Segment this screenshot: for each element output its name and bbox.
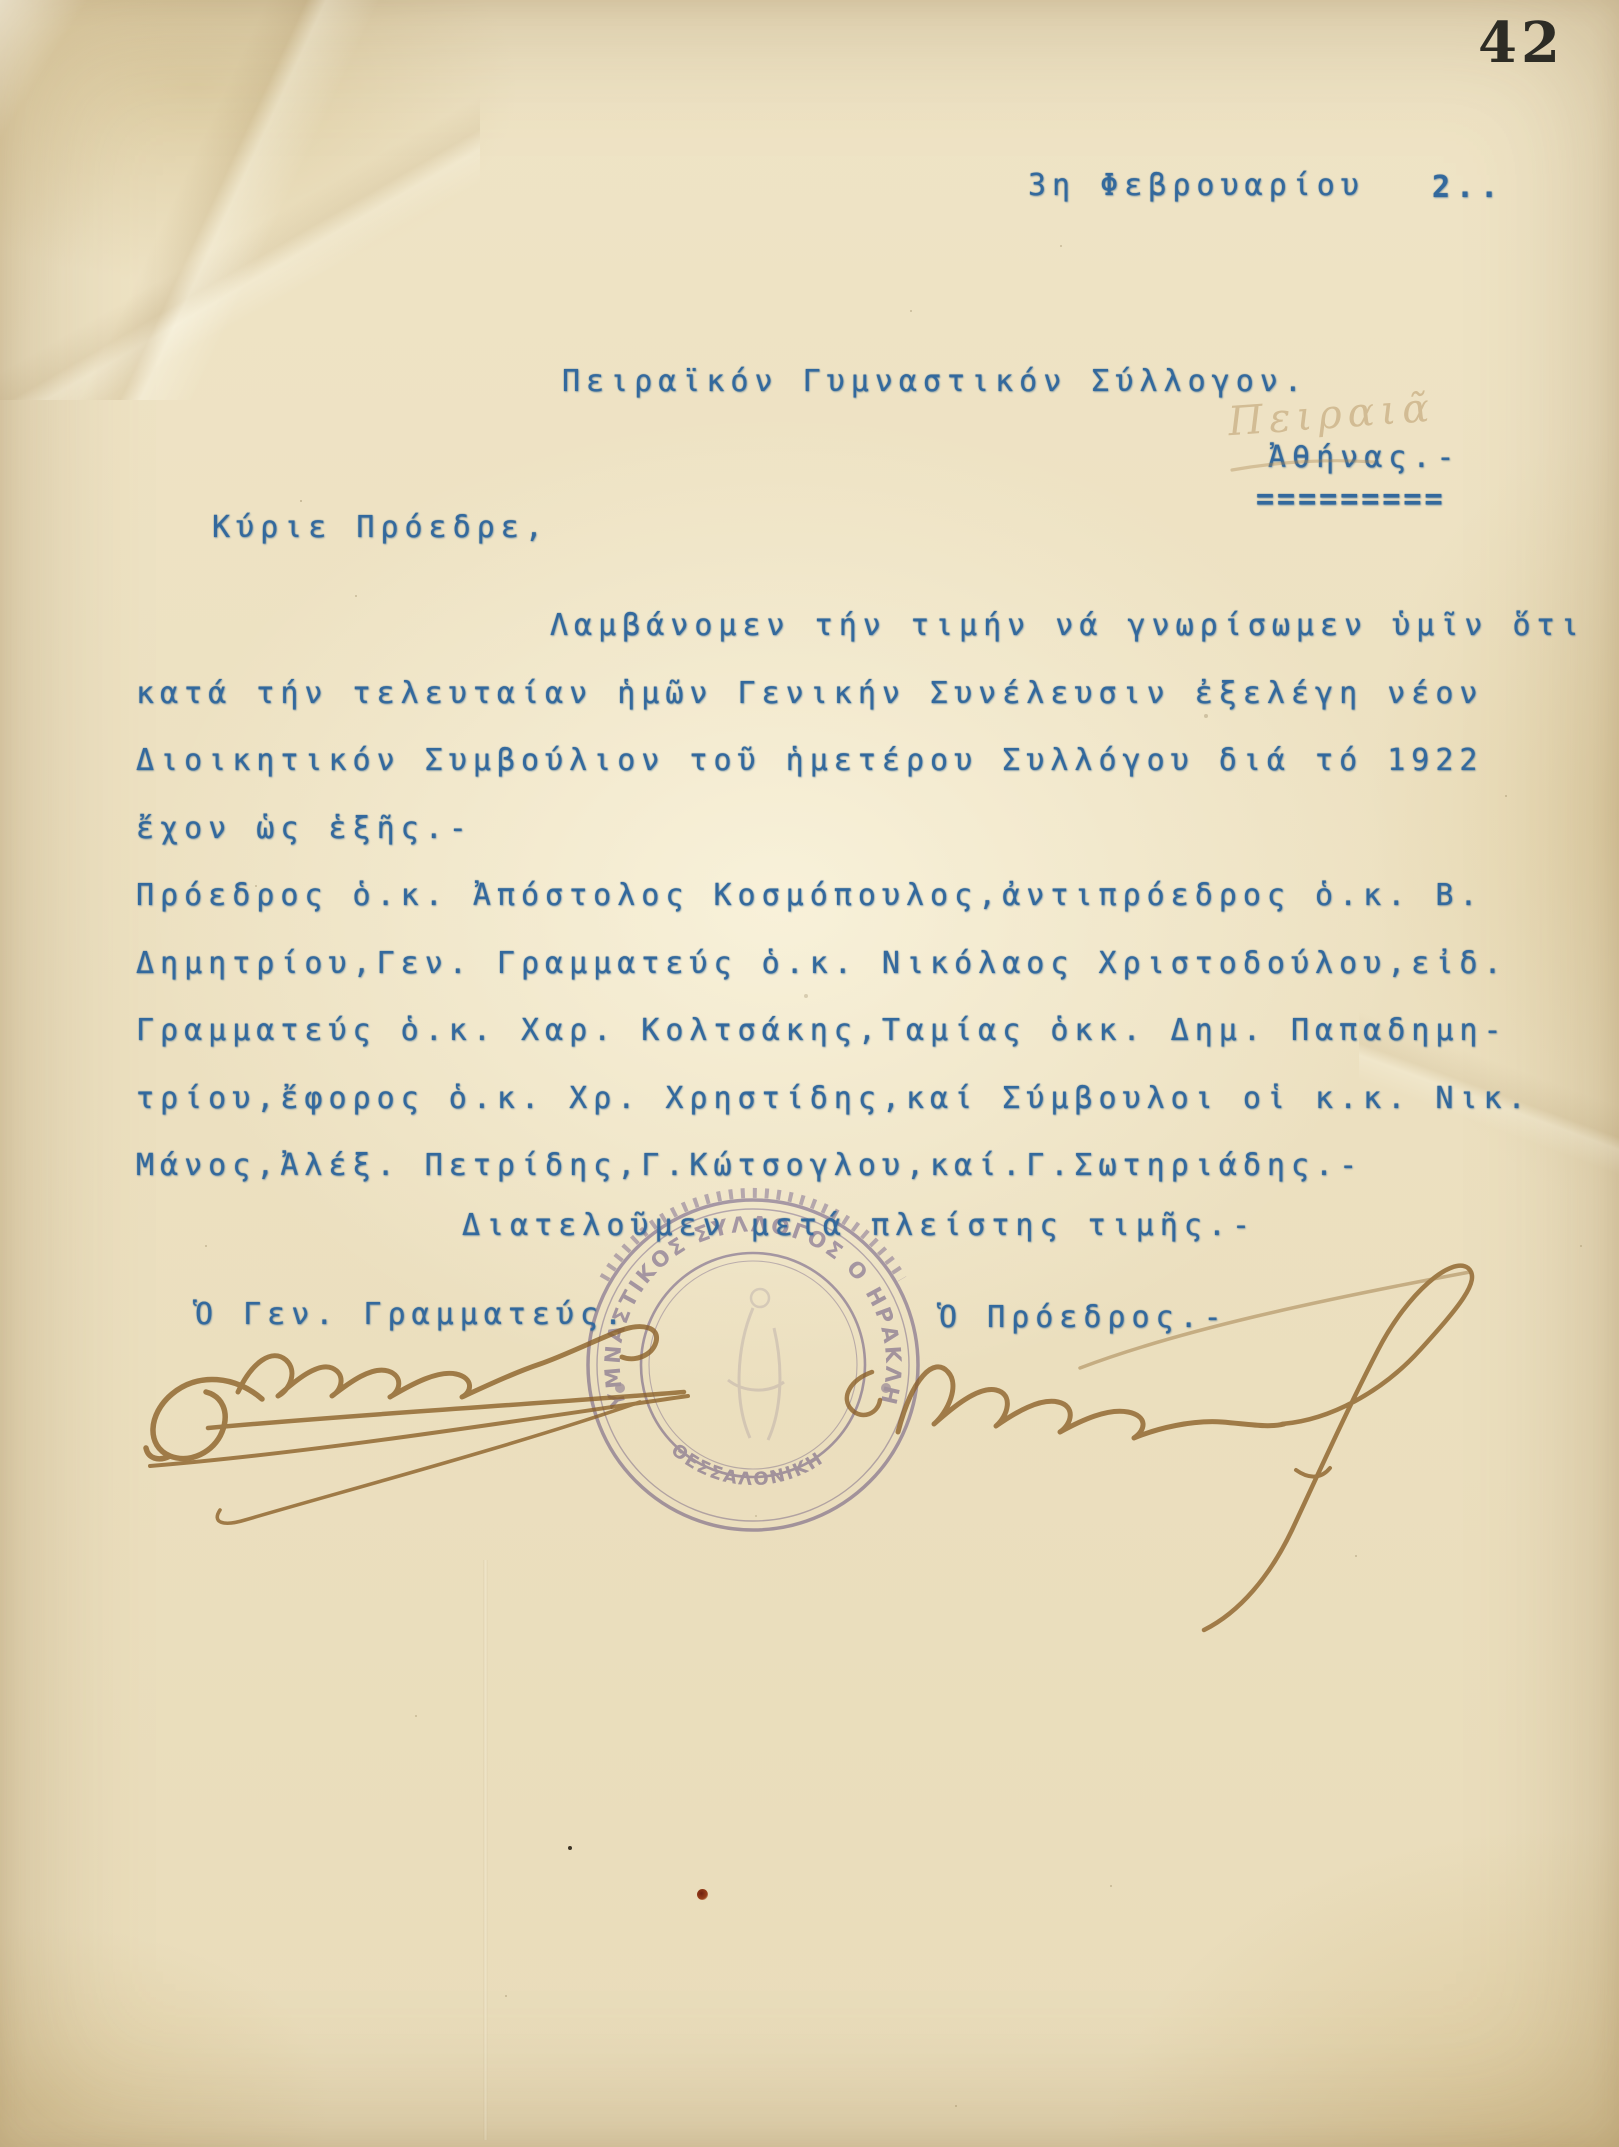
body-line: ἔχον ὡς ἑξῆς.- xyxy=(136,795,1566,863)
stamp-inner-figure xyxy=(728,1289,784,1440)
secretary-title: Ὁ Γεν. Γραμματεύς. xyxy=(195,1297,628,1332)
city-underline: ========= xyxy=(1256,482,1446,517)
city-line: Ἀθήνας.- xyxy=(1268,440,1461,475)
body-line: Λαμβάνομεν τήν τιμήν νά γνωρίσωμεν ὑμῖν … xyxy=(136,592,1566,660)
body-line: κατά τήν τελευταίαν ἡμῶν Γενικήν Συνέλευ… xyxy=(136,660,1566,728)
body-line: Πρόεδρος ὁ.κ. Ἀπόστολος Κοσμόπουλος,ἀντι… xyxy=(136,862,1566,930)
scanned-letter-page: 42 3η Φεβρουαρίου 2.. Πειραϊκόν Γυμναστι… xyxy=(0,0,1619,2147)
closing-line: Διατελοῦμεν μετά πλείστης τιμῆς.- xyxy=(462,1208,1256,1243)
letter-body: Λαμβάνομεν τήν τιμήν νά γνωρίσωμεν ὑμῖν … xyxy=(136,592,1566,1200)
paper-crease-top-left xyxy=(0,0,480,400)
body-line: Διοικητικόν Συμβούλιον τοῦ ἡμετέρου Συλλ… xyxy=(136,727,1566,795)
date-year-fragment: 2.. xyxy=(1432,170,1504,205)
body-line: Δημητρίου,Γεν. Γραμματεύς ὁ.κ. Νικόλαος … xyxy=(136,930,1566,998)
salutation: Κύριε Πρόεδρε, xyxy=(212,510,549,545)
date-line: 3η Φεβρουαρίου xyxy=(1028,168,1365,203)
paper-crease-vertical xyxy=(483,1560,488,2140)
body-line: Γραμματεύς ὁ.κ. Χαρ. Κολτσάκης,Ταμίας ὁκ… xyxy=(136,997,1566,1065)
body-line: τρίου,ἔφορος ὁ.κ. Χρ. Χρηστίδης,καί Σύμβ… xyxy=(136,1065,1566,1133)
paper-speckles xyxy=(300,500,302,502)
page-number: 42 xyxy=(1478,10,1564,76)
president-title: Ὁ Πρόεδρος.- xyxy=(939,1300,1228,1335)
recipient-organization: Πειραϊκόν Γυμναστικόν Σύλλογον. xyxy=(562,364,1308,399)
ink-blot xyxy=(697,1889,708,1900)
body-line: Μάνος,Ἀλέξ. Πετρίδης,Γ.Κώτσογλου,καί.Γ.Σ… xyxy=(136,1132,1566,1200)
ink-speck xyxy=(568,1846,572,1850)
